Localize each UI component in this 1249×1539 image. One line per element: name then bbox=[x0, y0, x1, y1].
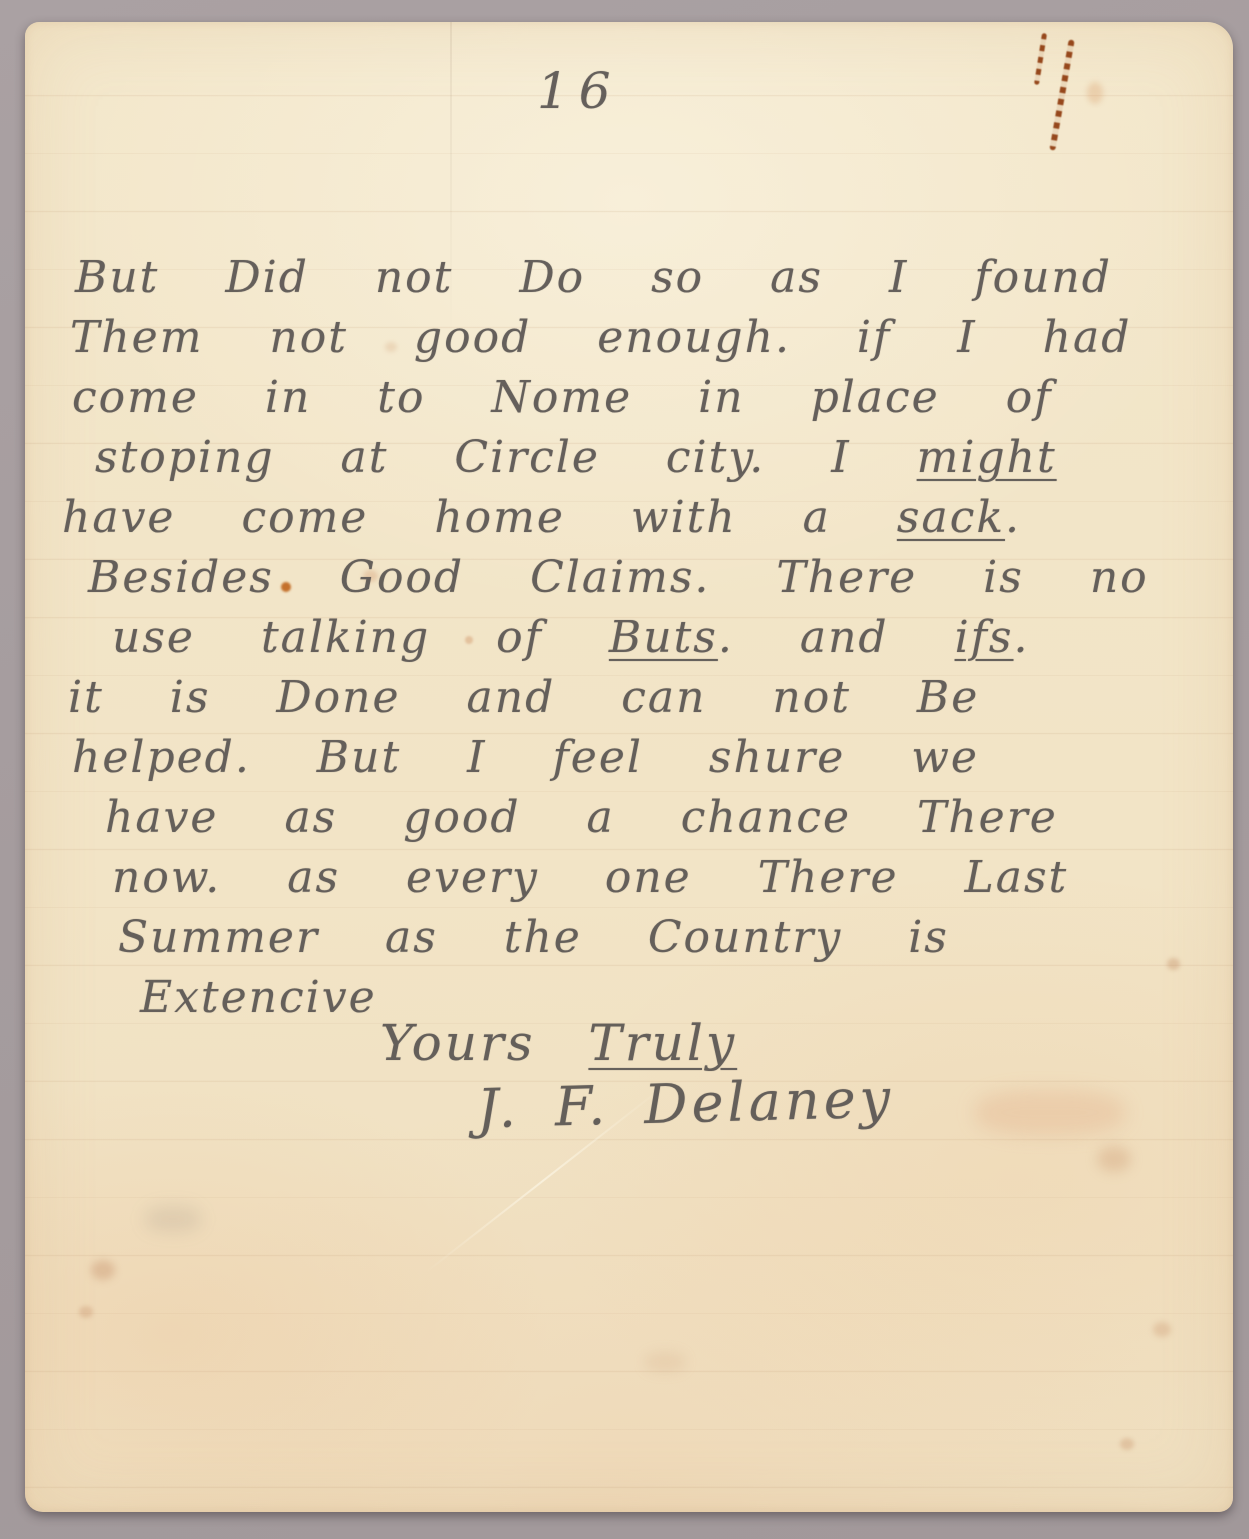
handwriting-text: Summer as the Country is bbox=[118, 912, 949, 963]
handwriting-text: come in to Nome in place of bbox=[72, 372, 1052, 423]
handwriting-text: it is Done and can not Be bbox=[68, 672, 979, 723]
underlined-word: might bbox=[917, 432, 1057, 483]
handwriting-line: use talking of Buts. and ifs. bbox=[112, 608, 1215, 668]
closing-line: Yours Truly bbox=[380, 1014, 737, 1072]
handwriting-line: But Did not Do so as I found bbox=[75, 248, 1215, 308]
rust-stain-mark bbox=[1034, 33, 1047, 85]
underlined-word: ifs bbox=[955, 612, 1014, 663]
handwriting-line: Summer as the Country is bbox=[118, 908, 1215, 968]
handwriting-text: But Did not Do so as I found bbox=[75, 252, 1112, 303]
letter-page: 16 But Did not Do so as I foundThem not … bbox=[25, 22, 1233, 1512]
handwriting-text: . and bbox=[718, 612, 955, 663]
rust-stain-mark bbox=[1049, 39, 1074, 150]
handwriting-line: have as good a chance There bbox=[105, 788, 1215, 848]
handwriting-text: . bbox=[1014, 612, 1030, 663]
foxing-stain bbox=[91, 1260, 115, 1280]
handwriting-line: Besides Good Claims. There is no bbox=[88, 548, 1215, 608]
handwriting-text: use talking of bbox=[112, 612, 609, 663]
handwriting-line: Them not good enough. if I had bbox=[70, 308, 1215, 368]
handwriting-line: now. as every one There Last bbox=[112, 848, 1215, 908]
signature: J. F. Delaney bbox=[476, 1067, 895, 1141]
photo-background: 16 But Did not Do so as I foundThem not … bbox=[0, 0, 1249, 1539]
handwriting-text: now. as every one There Last bbox=[112, 852, 1068, 903]
handwriting-line: helped. But I feel shure we bbox=[72, 728, 1215, 788]
letter-lines: But Did not Do so as I foundThem not goo… bbox=[57, 248, 1215, 1028]
foxing-stain bbox=[1087, 82, 1103, 104]
handwriting-text: have come home with a bbox=[62, 492, 897, 543]
foxing-stain bbox=[975, 1090, 1125, 1135]
foxing-stain bbox=[1097, 1146, 1131, 1172]
underlined-word: Buts bbox=[609, 612, 718, 663]
handwriting-line: it is Done and can not Be bbox=[68, 668, 1215, 728]
foxing-stain bbox=[79, 1306, 93, 1318]
handwriting-text: Yours bbox=[380, 1014, 588, 1072]
handwriting-text: Extencive bbox=[140, 972, 377, 1023]
handwriting-text: stoping at Circle city. I bbox=[95, 432, 917, 483]
foxing-stain bbox=[1153, 1322, 1171, 1337]
handwriting-line: stoping at Circle city. I might bbox=[95, 428, 1215, 488]
handwriting-line: have come home with a sack. bbox=[62, 488, 1215, 548]
handwriting-text: Besides Good Claims. There is no bbox=[88, 552, 1149, 603]
handwriting-text: . bbox=[1005, 492, 1021, 543]
underlined-word: Truly bbox=[588, 1014, 737, 1072]
handwriting-line: come in to Nome in place of bbox=[72, 368, 1215, 428]
handwriting-text: helped. But I feel shure we bbox=[72, 732, 979, 783]
page-number: 16 bbox=[537, 62, 621, 120]
handwriting-text: have as good a chance There bbox=[105, 792, 1058, 843]
underlined-word: sack bbox=[897, 492, 1005, 543]
foxing-stain bbox=[645, 1352, 685, 1372]
foxing-stain bbox=[1120, 1438, 1134, 1450]
handwriting-text: Them not good enough. if I had bbox=[70, 312, 1131, 363]
foxing-stain bbox=[145, 1206, 201, 1232]
